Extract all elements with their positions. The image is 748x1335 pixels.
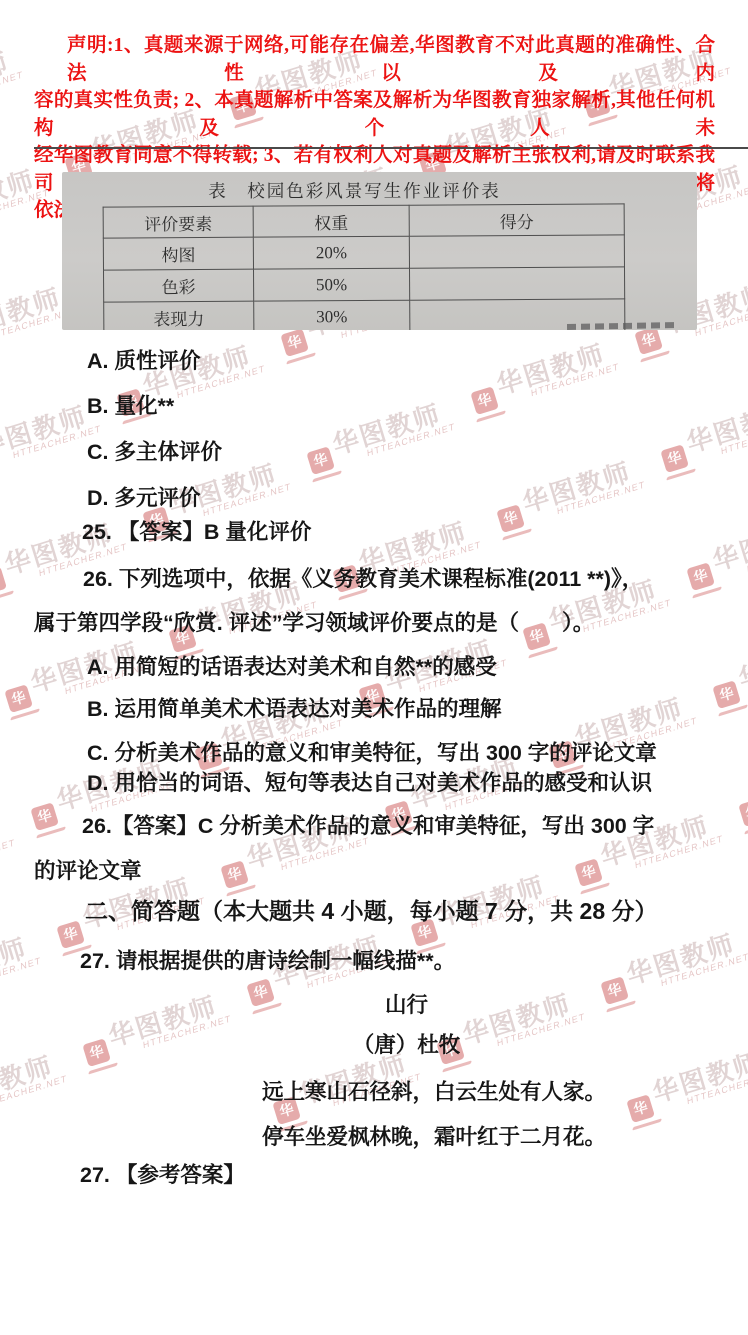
section-divider-line: [34, 147, 748, 149]
cell-score: [409, 235, 624, 268]
section2-heading: 二、简答题（本大题共 4 小题，每小题 7 分，共 28 分）: [85, 899, 658, 924]
disclaimer-text: 1、真题来源于网络,可能存在偏差,华图教育不对此真题的准确性、合法性以及内: [67, 35, 715, 84]
q25-option-d: D. 多元评价: [87, 486, 200, 511]
q26-option-a: A. 用简短的话语表达对美术和自然**的感受: [87, 655, 497, 680]
q25-option-a: A. 质性评价: [87, 349, 200, 374]
q25-answer: 25. 【答案】B 量化评价: [82, 520, 311, 545]
document-content: 声明:1、真题来源于网络,可能存在偏差,华图教育不对此真题的准确性、合法性以及内…: [0, 0, 748, 1335]
q26-option-d: D. 用恰当的词语、短句等表达自己对美术作品的感受和认识: [87, 771, 652, 796]
cell-factor: 构图: [103, 237, 253, 270]
evaluation-table: 评价要素 权重 得分 构图 20% 色彩 50% 表现力 30%: [103, 203, 626, 330]
exam-document-page: 华华图教师HTTEACHER.NET华华图教师HTTEACHER.NET华华图教…: [0, 0, 748, 1335]
disclaimer-line: 容的真实性负责; 2、本真题解析中答案及解析为华图教育独家解析,其他任何机构及个…: [34, 87, 715, 142]
header-cell-score: 得分: [409, 204, 624, 236]
q26-stem-line1: 26. 下列选项中，依据《义务教育美术课程标准(2011 **)》，: [83, 567, 643, 592]
poem-title: 山行: [65, 993, 748, 1018]
q25-option-b: B. 量化**: [87, 394, 174, 419]
q26-answer-line1: 26.【答案】C 分析美术作品的意义和审美特征，写出 300 字: [82, 814, 654, 839]
header-cell-factor: 评价要素: [103, 206, 253, 238]
cell-weight: 20%: [253, 236, 409, 269]
poem-author: （唐）杜牧: [65, 1033, 748, 1058]
poem-line-1: 远上寒山石径斜，白云生处有人家。: [262, 1080, 606, 1105]
q26-stem-line2: 属于第四学段“欣赏. 评述”学习领域评价要点的是（ ）。: [34, 611, 594, 636]
table-row: 构图 20%: [103, 235, 624, 270]
poem-line-2: 停车坐爱枫林晚，霜叶红于二月花。: [262, 1125, 606, 1150]
q26-answer-line2: 的评论文章: [34, 859, 142, 884]
table-header-row: 评价要素 权重 得分: [103, 204, 624, 238]
cell-weight: 30%: [254, 300, 410, 330]
q25-option-c: C. 多主体评价: [87, 440, 222, 465]
disclaimer-line: 声明:1、真题来源于网络,可能存在偏差,华图教育不对此真题的准确性、合法性以及内: [34, 32, 715, 87]
table-photo: 表 校园色彩风景写生作业评价表 评价要素 权重 得分 构图 20% 色彩 50%: [62, 172, 697, 330]
q26-option-c: C. 分析美术作品的意义和审美特征，写出 300 字的评论文章: [87, 741, 657, 766]
table-caption: 表 校园色彩风景写生作业评价表: [62, 178, 647, 203]
cell-score: [409, 267, 624, 300]
header-cell-weight: 权重: [253, 205, 409, 237]
disclaimer-label: 声明:: [67, 35, 114, 56]
photo-cutoff-fragment: [567, 322, 679, 330]
cell-factor: 表现力: [104, 301, 254, 330]
q27-stem: 27. 请根据提供的唐诗绘制一幅线描**。: [80, 949, 455, 974]
table-row: 色彩 50%: [104, 267, 625, 302]
q26-option-b: B. 运用简单美术术语表达对美术作品的理解: [87, 697, 501, 722]
q27-answer-label: 27. 【参考答案】: [80, 1163, 245, 1188]
cell-weight: 50%: [253, 268, 409, 301]
table-row: 表现力 30%: [104, 299, 625, 330]
cell-factor: 色彩: [104, 269, 254, 302]
